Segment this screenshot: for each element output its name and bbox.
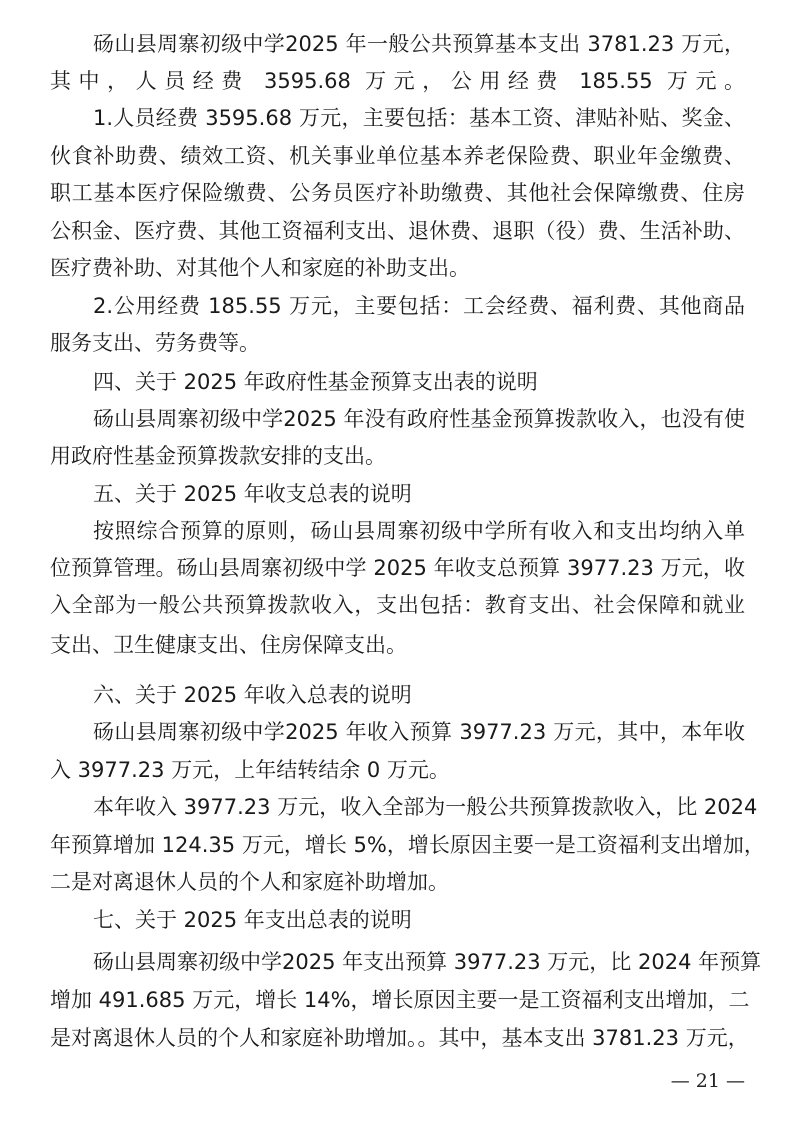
page-number: — 21 —	[655, 1069, 745, 1093]
paragraph-line: 位预算管理。砀山县周寨初级中学 2025 年收支总预算 3977.23 万元，收	[50, 553, 745, 583]
paragraph-line: 入 3977.23 万元，上年结转结余 0 万元。	[50, 755, 745, 785]
paragraph-line: 公积金、医疗费、其他工资福利支出、退休费、退职（役）费、生活补助、	[50, 216, 745, 246]
document-page: 砀山县周寨初级中学2025 年一般公共预算基本支出 3781.23 万元， 其中…	[0, 0, 793, 1122]
section-heading-6: 六、关于 2025 年收入总表的说明	[93, 680, 745, 710]
paragraph-line: 伙食补助费、绩效工资、机关事业单位基本养老保险费、职业年金缴费、	[50, 141, 745, 171]
paragraph-line: 砀山县周寨初级中学2025 年收入预算 3977.23 万元，其中，本年收	[93, 717, 745, 747]
paragraph-line: 砀山县周寨初级中学2025 年一般公共预算基本支出 3781.23 万元，	[93, 29, 745, 59]
paragraph-line: 1.人员经费 3595.68 万元，主要包括：基本工资、津贴补贴、奖金、	[93, 103, 745, 133]
paragraph-line: 按照综合预算的原则，砀山县周寨初级中学所有收入和支出均纳入单	[93, 516, 745, 546]
paragraph-line: 入全部为一般公共预算拨款收入，支出包括：教育支出、社会保障和就业	[50, 590, 745, 620]
paragraph-line: 2.公用经费 185.55 万元，主要包括：工会经费、福利费、其他商品	[93, 291, 745, 321]
paragraph-line: 年预算增加 124.35 万元，增长 5%，增长原因主要一是工资福利支出增加，	[50, 830, 745, 860]
paragraph-line: 用政府性基金预算拨款安排的支出。	[50, 441, 745, 471]
paragraph-line: 本年收入 3977.23 万元，收入全部为一般公共预算拨款收入，比 2024	[93, 792, 745, 822]
paragraph-line: 职工基本医疗保险缴费、公务员医疗补助缴费、其他社会保障缴费、住房	[50, 178, 745, 208]
paragraph-line: 二是对离退休人员的个人和家庭补助增加。	[50, 867, 745, 897]
paragraph-line: 支出、卫生健康支出、住房保障支出。	[50, 630, 745, 660]
paragraph-line: 其中，人员经费 3595.68 万元，公用经费 185.55 万元。	[50, 66, 745, 96]
paragraph-line: 医疗费补助、对其他个人和家庭的补助支出。	[50, 253, 745, 283]
paragraph-line: 是对离退休人员的个人和家庭补助增加。。其中，基本支出 3781.23 万元，	[50, 1023, 745, 1053]
section-heading-5: 五、关于 2025 年收支总表的说明	[93, 479, 745, 509]
paragraph-line: 增加 491.685 万元，增长 14%，增长原因主要一是工资福利支出增加，二	[50, 985, 745, 1015]
paragraph-line: 服务支出、劳务费等。	[50, 328, 745, 358]
section-heading-7: 七、关于 2025 年支出总表的说明	[93, 905, 745, 935]
paragraph-line: 砀山县周寨初级中学2025 年没有政府性基金预算拨款收入，也没有使	[93, 404, 745, 434]
paragraph-line: 砀山县周寨初级中学2025 年支出预算 3977.23 万元，比 2024 年预…	[93, 947, 745, 977]
section-heading-4: 四、关于 2025 年政府性基金预算支出表的说明	[93, 367, 745, 397]
